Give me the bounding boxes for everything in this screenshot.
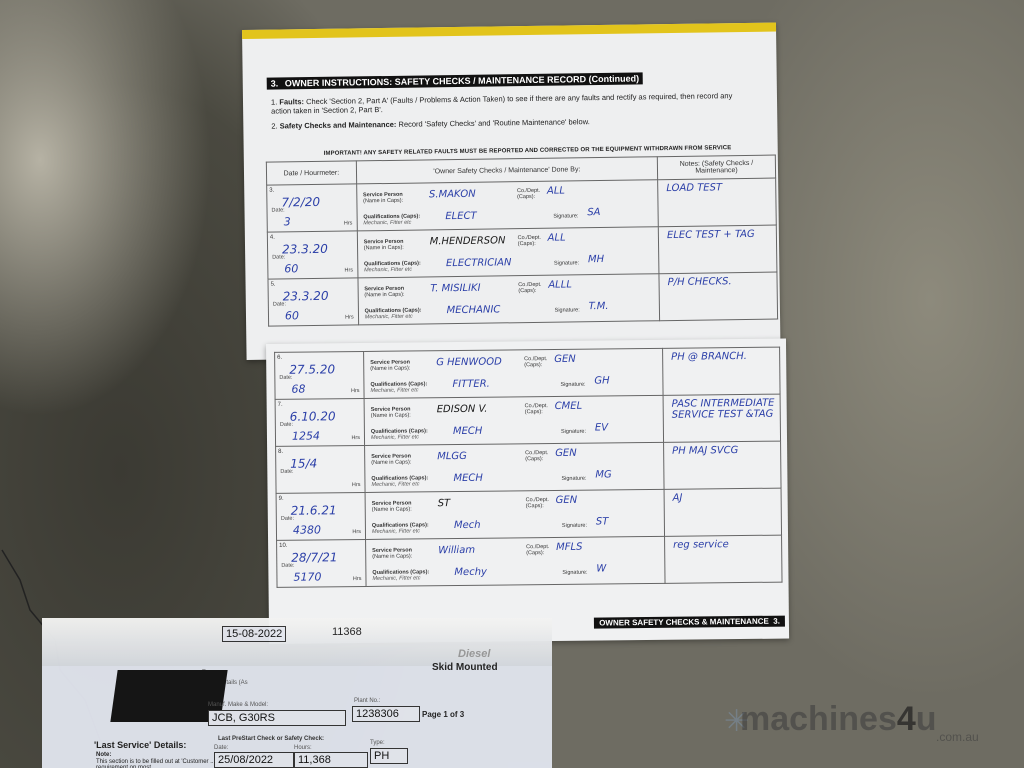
notes-cell: P/H CHECKS.	[659, 272, 778, 321]
log-row: 5. Date: 23.3.20 60 Hrs Service Person(N…	[268, 272, 778, 326]
co-dept-label: Co./Dept.(Caps):	[525, 403, 548, 415]
qualifications-label: Qualifications (Caps):Mechanic, Fitter e…	[372, 569, 429, 582]
plant-no-box: 1238306	[352, 706, 420, 722]
service-person-label: Service Person(Name in Caps):	[370, 359, 410, 371]
co-dept-label: Co./Dept.(Caps):	[526, 497, 549, 509]
co-dept-label: Co./Dept.(Caps):	[526, 544, 549, 556]
handwritten-service-person: M.HENDERSON	[430, 235, 506, 247]
signature-label: Signature:	[562, 570, 587, 576]
handwritten-notes: AJ	[673, 493, 683, 504]
signature-label: Signature:	[561, 429, 586, 435]
service-person-label: Service Person(Name in Caps):	[363, 192, 403, 205]
handwritten-hours: 4380	[293, 523, 321, 536]
note-text: This section is to be filled out at 'Cus…	[96, 759, 246, 768]
make-model-box: JCB, G30RS	[208, 710, 346, 726]
signature-label: Signature:	[561, 476, 586, 482]
handwritten-date: 21.6.21	[291, 503, 337, 517]
signature-label: Signature:	[560, 382, 585, 388]
row-number: 7.	[278, 402, 283, 408]
watermark: machines4u .com.au	[740, 700, 937, 739]
handwritten-notes: PH @ BRANCH.	[671, 351, 747, 363]
col-notes: Notes: (Safety Checks / Maintenance)	[657, 155, 775, 180]
handwritten-signature: W	[596, 563, 606, 574]
handwritten-notes: ELEC TEST + TAG	[667, 229, 755, 241]
handwritten-co-dept: CMEL	[555, 401, 583, 412]
handwritten-service-person: G HENWOOD	[436, 357, 502, 369]
handwritten-service-person: ST	[438, 498, 451, 509]
handwritten-date: 6.10.20	[290, 409, 336, 423]
handwritten-hours: 60	[284, 262, 298, 275]
hrs-label: Hrs	[351, 435, 360, 441]
last-hours-label: Hours:	[294, 745, 312, 751]
service-person-label: Service Person(Name in Caps):	[364, 286, 404, 299]
handwritten-hours: 68	[291, 383, 305, 396]
date-hourmeter-cell: 10. Date: 28/7/21 5170 Hrs	[277, 539, 366, 587]
maintenance-log-upper: Date / Hourmeter: 'Owner Safety Checks /…	[266, 155, 778, 327]
handwritten-co-dept: GEN	[554, 354, 576, 365]
date-hourmeter-cell: 7. Date: 6.10.20 1254 Hrs	[275, 398, 364, 446]
hrs-label: Hrs	[352, 529, 361, 535]
col-date-hourmeter: Date / Hourmeter:	[266, 161, 356, 185]
co-dept-label: Co./Dept.(Caps):	[524, 356, 547, 368]
handwritten-signature: ST	[596, 516, 609, 527]
handwritten-service-person: MLGG	[437, 451, 467, 462]
handwritten-service-person: T. MISILIKI	[430, 283, 480, 295]
log-row: 7. Date: 6.10.20 1254 Hrs Service Person…	[275, 394, 780, 446]
done-by-cell: Service Person(Name in Caps): M.HENDERSO…	[357, 227, 659, 278]
handwritten-qualifications: FITTER.	[452, 379, 489, 390]
done-by-cell: Service Person(Name in Caps): MLGG Co./D…	[365, 442, 664, 492]
handwritten-signature: MG	[595, 469, 612, 480]
handwritten-qualifications: Mech	[454, 520, 481, 531]
handwritten-signature: SA	[587, 207, 600, 218]
handwritten-co-dept: ALL	[547, 186, 565, 197]
log-row: 8. Date: 15/4 Hrs Service Person(Name in…	[276, 441, 781, 493]
booklet-page-lower: 6. Date: 27.5.20 68 Hrs Service Person(N…	[266, 339, 789, 644]
handwritten-date: 23.3.20	[283, 289, 329, 304]
log-row: 4. Date: 23.3.20 60 Hrs Service Person(N…	[267, 225, 777, 279]
hrs-label: Hrs	[351, 388, 360, 394]
service-person-label: Service Person(Name in Caps):	[371, 453, 411, 465]
done-by-cell: Service Person(Name in Caps): ST Co./Dep…	[365, 489, 664, 539]
handwritten-co-dept: GEN	[556, 495, 578, 506]
maintenance-booklet: 3. OWNER INSTRUCTIONS: SAFETY CHECKS / M…	[240, 22, 788, 687]
qualifications-label: Qualifications (Caps):Mechanic, Fitter e…	[371, 475, 428, 488]
hrs-label: Hrs	[345, 314, 354, 320]
handwritten-qualifications: MECH	[453, 473, 483, 484]
hrs-label: Hrs	[344, 267, 353, 273]
handwritten-qualifications: ELECT	[445, 211, 476, 222]
maintenance-log-lower: 6. Date: 27.5.20 68 Hrs Service Person(N…	[274, 347, 782, 588]
instruction-safety-checks: 2. Safety Checks and Maintenance: Record…	[271, 115, 741, 131]
yellow-binding-strip	[242, 23, 776, 39]
handwritten-date: 27.5.20	[289, 362, 335, 376]
make-model-label: Manuf. Make & Model:	[208, 702, 268, 708]
handwritten-co-dept: MFLS	[556, 542, 582, 553]
notes-cell: PH MAJ SVCG	[664, 441, 781, 489]
qualifications-label: Qualifications (Caps):Mechanic, Fitter e…	[364, 261, 421, 274]
qualifications-label: Qualifications (Caps):Mechanic, Fitter e…	[363, 214, 420, 227]
last-type-label: Type:	[370, 740, 385, 746]
date-hourmeter-cell: 3. Date: 7/2/20 3 Hrs	[267, 184, 357, 232]
handwritten-hours: 5170	[293, 570, 321, 583]
sunlit-concrete	[0, 0, 240, 420]
last-type-box: PH	[370, 748, 408, 764]
notes-cell: LOAD TEST	[658, 178, 777, 227]
handwritten-hours: 3	[284, 215, 291, 228]
row-number: 10.	[279, 543, 287, 549]
handwritten-notes: reg service	[673, 539, 729, 551]
notes-cell: AJ	[664, 488, 781, 536]
handwritten-notes: P/H CHECKS.	[668, 276, 732, 288]
done-by-cell: Service Person(Name in Caps): G HENWOOD …	[364, 348, 663, 398]
row-number: 5.	[271, 282, 276, 288]
instruction-faults: 1. Faults: Check 'Section 2, Part A' (Fa…	[271, 91, 741, 116]
done-by-cell: Service Person(Name in Caps): EDISON V. …	[364, 395, 663, 445]
hrs-label: Hrs	[352, 482, 361, 488]
handwritten-service-person: EDISON V.	[437, 404, 488, 416]
handwritten-notes: PASC INTERMEDIATE SERVICE TEST &TAG	[672, 398, 780, 421]
row-number: 3.	[269, 188, 274, 194]
handwritten-qualifications: MECHANIC	[447, 304, 501, 316]
signature-label: Signature:	[553, 213, 578, 219]
handwritten-qualifications: Mechy	[454, 567, 487, 578]
top-date-box: 15-08-2022	[222, 626, 286, 642]
handwritten-date: 15/4	[290, 456, 317, 470]
signature-label: Signature:	[562, 523, 587, 529]
handwritten-date: 7/2/20	[281, 195, 320, 210]
row-number: 6.	[277, 355, 282, 361]
plant-no-label: Plant No.:	[354, 698, 380, 704]
date-hourmeter-cell: 4. Date: 23.3.20 60 Hrs	[267, 231, 357, 279]
co-dept-label: Co./Dept.(Caps):	[518, 235, 541, 247]
service-person-label: Service Person(Name in Caps):	[372, 500, 412, 512]
qualifications-label: Qualifications (Caps):Mechanic, Fitter e…	[370, 381, 427, 394]
date-hourmeter-cell: 8. Date: 15/4 Hrs	[276, 445, 365, 493]
note-label: Note:	[96, 752, 111, 758]
notes-cell: PASC INTERMEDIATE SERVICE TEST &TAG	[663, 394, 780, 442]
last-service-title: 'Last Service' Details:	[94, 740, 186, 750]
handwritten-hours: 60	[285, 309, 299, 322]
signature-label: Signature:	[555, 307, 580, 313]
log-row: 10. Date: 28/7/21 5170 Hrs Service Perso…	[277, 535, 782, 587]
handwritten-date: 23.3.20	[282, 242, 328, 257]
date-hourmeter-cell: 6. Date: 27.5.20 68 Hrs	[275, 351, 364, 399]
log-row: 9. Date: 21.6.21 4380 Hrs Service Person…	[276, 488, 781, 540]
hrs-label: Hrs	[353, 576, 362, 582]
handwritten-qualifications: MECH	[453, 426, 483, 437]
plastic-sleeve-sheet: 15-08-2022 11368 Diesel Type: Skid Mount…	[42, 618, 552, 768]
handwritten-co-dept: ALL	[548, 233, 566, 244]
done-by-cell: Service Person(Name in Caps): William Co…	[366, 536, 665, 586]
service-person-label: Service Person(Name in Caps):	[371, 406, 411, 418]
qualifications-label: Qualifications (Caps):Mechanic, Fitter e…	[372, 522, 429, 535]
hrs-label: Hrs	[344, 220, 353, 226]
handwritten-notes: PH MAJ SVCG	[672, 445, 738, 457]
row-number: 4.	[270, 235, 275, 241]
handwritten-hours: 1254	[292, 429, 320, 442]
handwritten-co-dept: GEN	[555, 448, 577, 459]
row-number: 9.	[279, 496, 284, 502]
last-date-label: Date:	[214, 745, 228, 751]
log-row: 3. Date: 7/2/20 3 Hrs Service Person(Nam…	[267, 178, 777, 232]
log-row: 6. Date: 27.5.20 68 Hrs Service Person(N…	[275, 347, 780, 399]
type-value: Skid Mounted	[432, 662, 498, 673]
notes-cell: PH @ BRANCH.	[663, 347, 780, 395]
handwritten-notes: LOAD TEST	[666, 182, 722, 194]
page-indicator: Page 1 of 3	[422, 710, 464, 719]
qualifications-label: Qualifications (Caps):Mechanic, Fitter e…	[371, 428, 428, 441]
handwritten-co-dept: ALLL	[548, 279, 572, 290]
handwritten-service-person: S.MAKON	[429, 189, 476, 201]
date-hourmeter-cell: 9. Date: 21.6.21 4380 Hrs	[276, 492, 365, 540]
done-by-cell: Service Person(Name in Caps): T. MISILIK…	[358, 274, 660, 325]
booklet-page-upper: 3. OWNER INSTRUCTIONS: SAFETY CHECKS / M…	[242, 23, 781, 360]
row-number: 8.	[278, 449, 283, 455]
top-hours: 11368	[332, 626, 362, 638]
handwritten-qualifications: ELECTRICIAN	[446, 257, 512, 269]
notes-cell: reg service	[665, 535, 782, 583]
service-person-label: Service Person(Name in Caps):	[372, 547, 412, 559]
handwritten-signature: MH	[588, 254, 604, 265]
fuel-type: Diesel	[458, 648, 490, 660]
notes-cell: ELEC TEST + TAG	[658, 225, 777, 274]
done-by-cell: Service Person(Name in Caps): S.MAKON Co…	[356, 180, 658, 231]
handwritten-signature: GH	[594, 375, 609, 386]
co-dept-label: Co./Dept.(Caps):	[518, 282, 541, 294]
handwritten-signature: T.M.	[589, 301, 609, 312]
qualifications-label: Qualifications (Caps):Mechanic, Fitter e…	[365, 308, 422, 321]
section-header: 3. OWNER INSTRUCTIONS: SAFETY CHECKS / M…	[267, 72, 643, 89]
date-hourmeter-cell: 5. Date: 23.3.20 60 Hrs	[268, 278, 358, 326]
co-dept-label: Co./Dept.(Caps):	[517, 188, 540, 200]
page-footer: OWNER SAFETY CHECKS & MAINTENANCE 3.	[594, 616, 785, 629]
handwritten-signature: EV	[595, 422, 608, 433]
last-prestart-label: Last PreStart Check or Safety Check:	[218, 736, 324, 742]
service-person-label: Service Person(Name in Caps):	[364, 239, 404, 252]
signature-label: Signature:	[554, 260, 579, 266]
co-dept-label: Co./Dept.(Caps):	[525, 450, 548, 462]
last-hours-box: 11,368	[294, 752, 368, 768]
handwritten-date: 28/7/21	[291, 550, 337, 564]
handwritten-service-person: William	[438, 545, 475, 556]
